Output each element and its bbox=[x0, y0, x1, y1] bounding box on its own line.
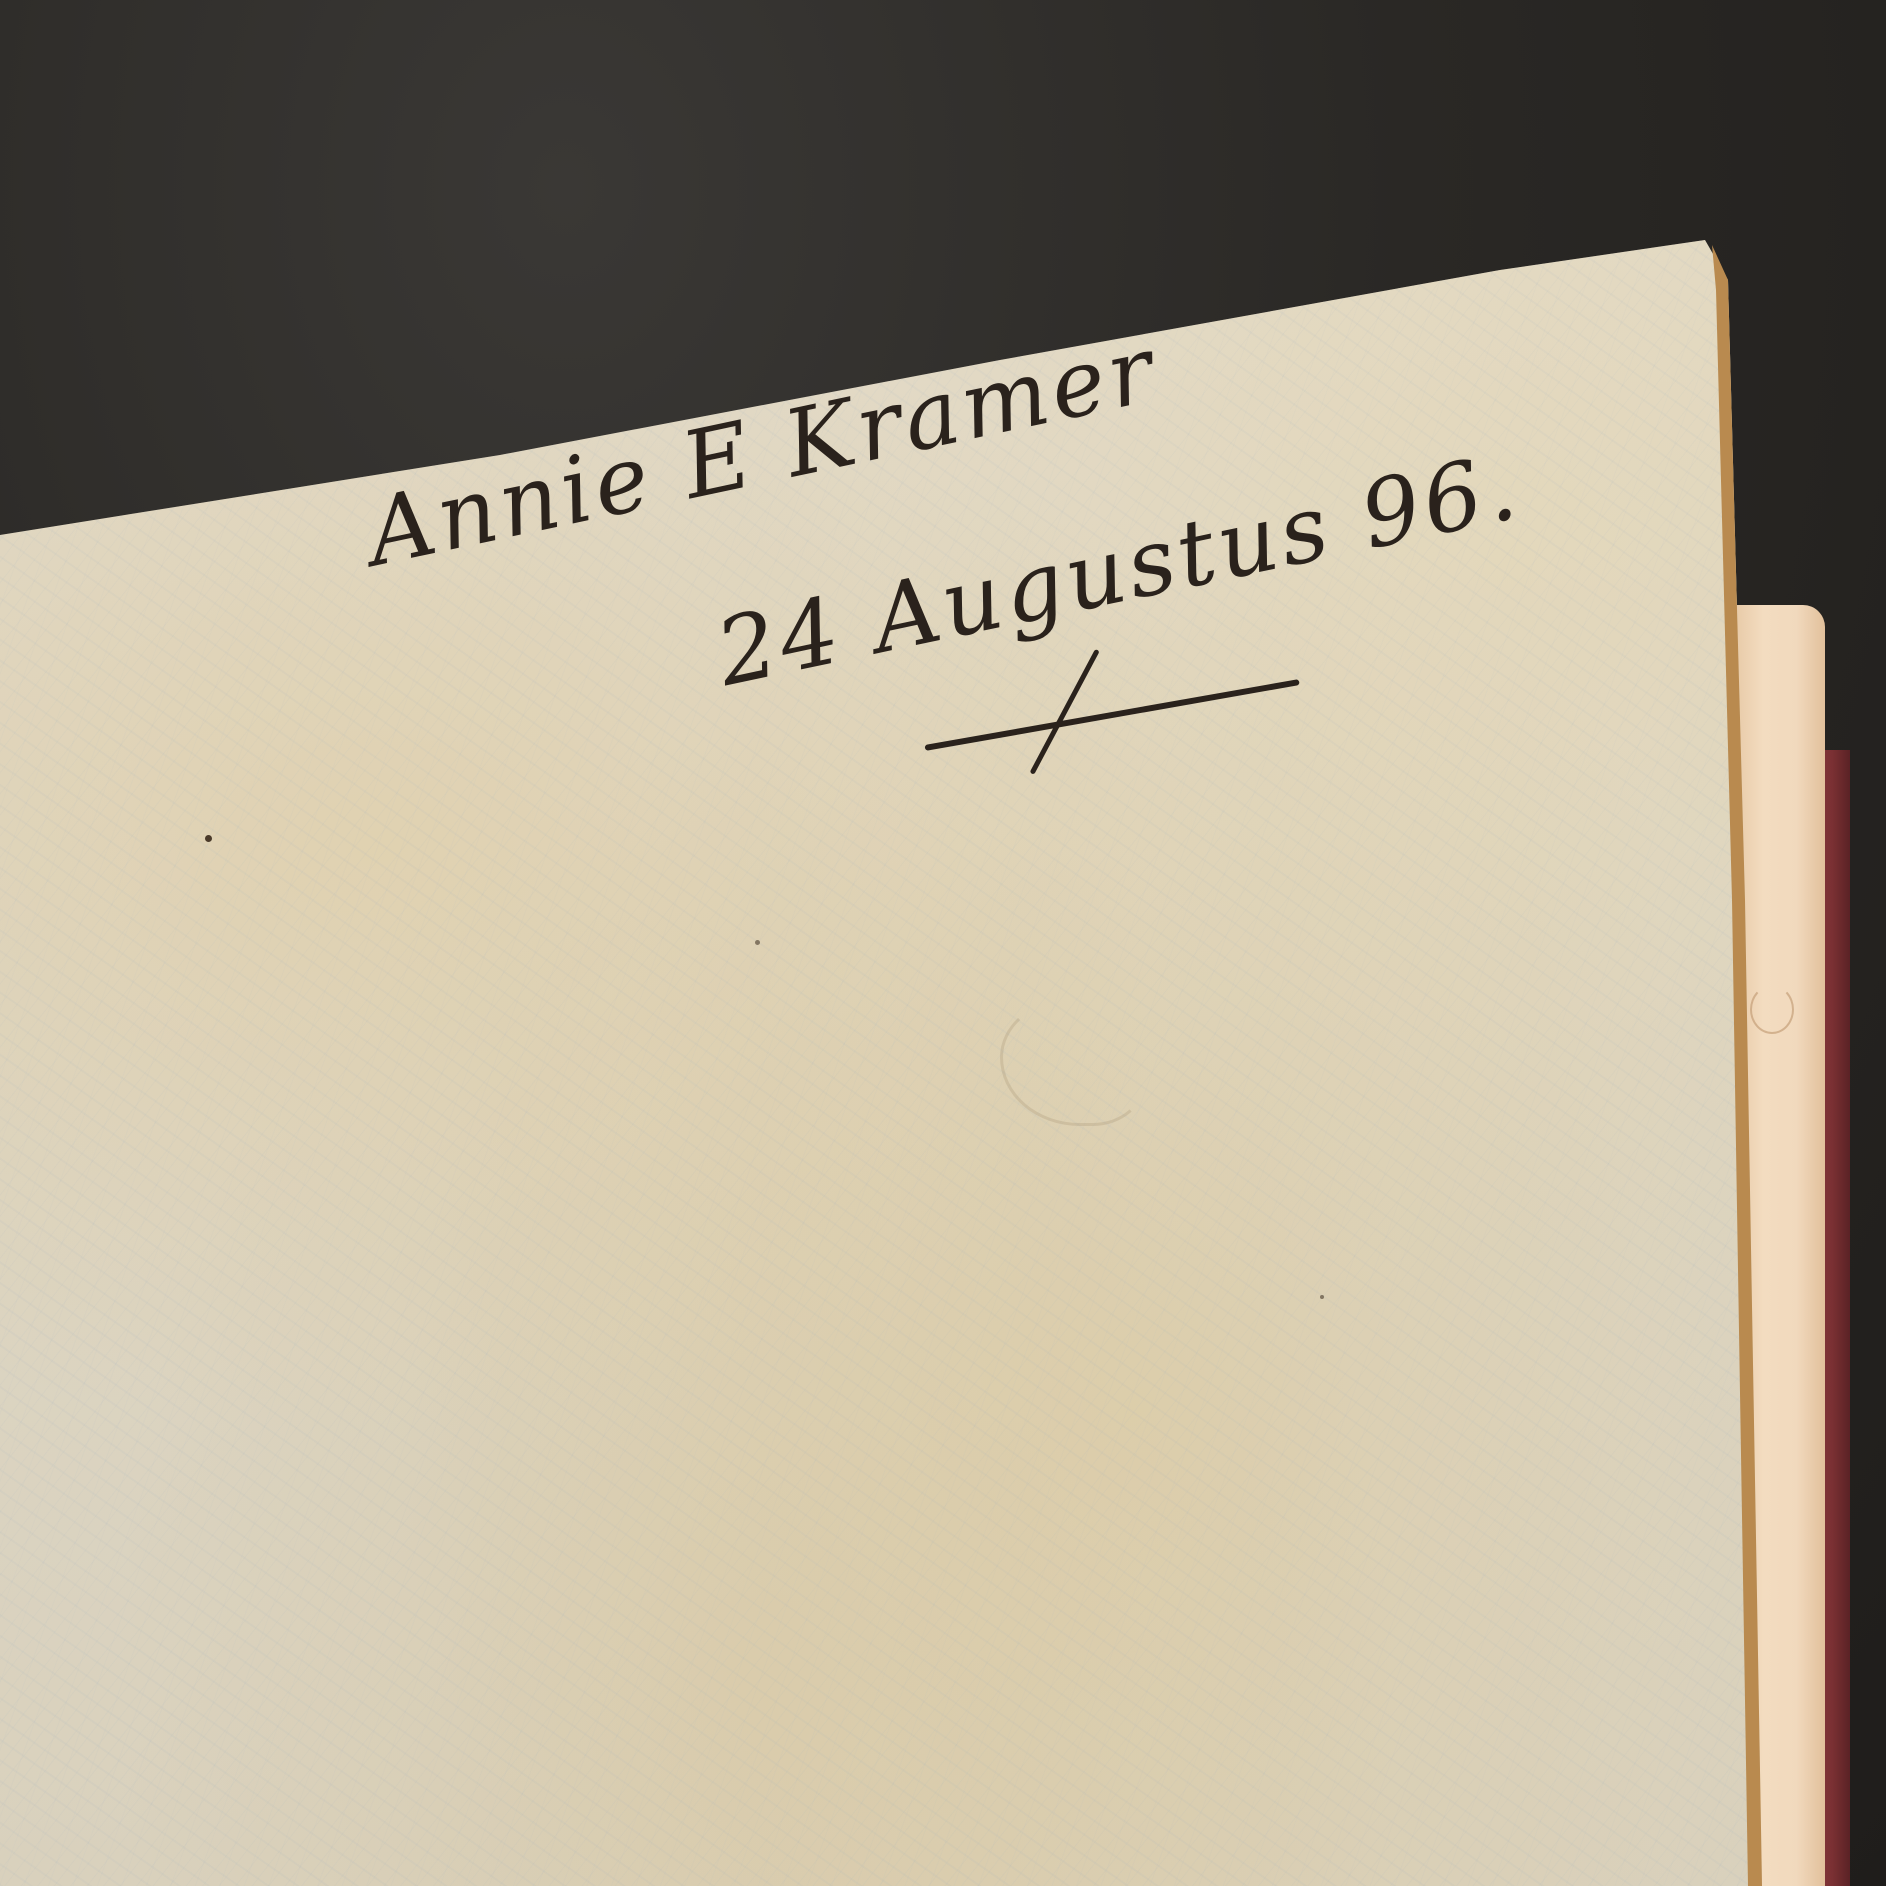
paper-speck bbox=[1320, 1295, 1324, 1299]
faint-page-mark bbox=[1750, 985, 1794, 1034]
paper-speck bbox=[755, 940, 760, 945]
paper-speck bbox=[205, 835, 212, 842]
